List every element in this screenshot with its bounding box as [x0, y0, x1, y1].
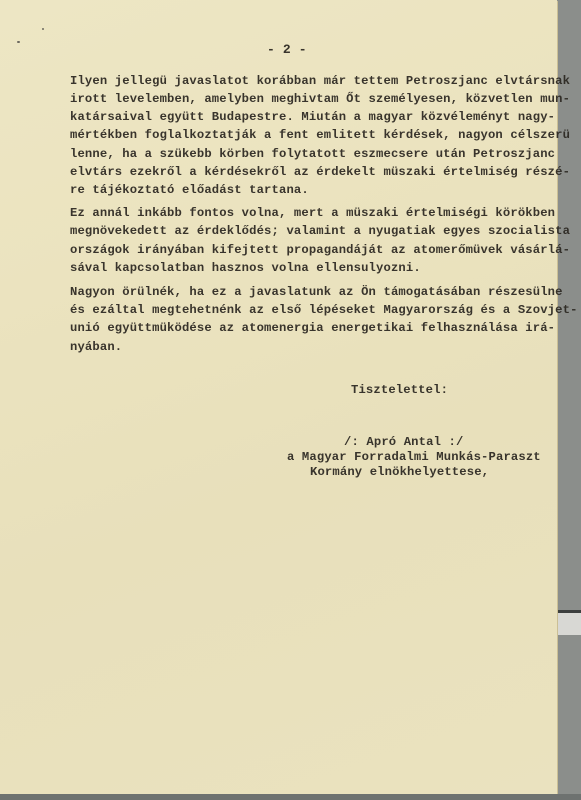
- text-line: országok irányában kifejtett propagandáj…: [70, 243, 570, 257]
- text-line: Nagyon örülnék, ha ez a javaslatunk az Ö…: [70, 285, 563, 299]
- text-line: unió együttmüködése az atomenergia energ…: [70, 321, 555, 335]
- text-line: mértékben foglalkoztatják a fent emlitet…: [70, 128, 570, 142]
- text-line: katársaival együtt Budapestre. Miután a …: [70, 110, 555, 124]
- signatory-title: Kormány elnökhelyettese,: [310, 465, 489, 479]
- scanner-background-strip: [558, 610, 581, 635]
- signatory-title: a Magyar Forradalmi Munkás-Paraszt: [287, 450, 541, 464]
- text-line: Ez annál inkább fontos volna, mert a müs…: [70, 206, 555, 220]
- text-line: re tájékoztató előadást tartana.: [70, 183, 309, 197]
- text-line: és ezáltal megtehetnénk az első lépéseke…: [70, 303, 578, 317]
- page-number: - 2 -: [267, 42, 307, 57]
- text-line: nyában.: [70, 340, 122, 354]
- text-line: sával kapcsolatban hasznos volna ellensu…: [70, 261, 421, 275]
- text-line: elvtárs ezekről a kérdésekről az érdekel…: [70, 165, 570, 179]
- paper-speck: [42, 28, 44, 30]
- signatory-name: /: Apró Antal :/: [344, 435, 463, 449]
- document-page: - 2 - Ilyen jellegü javaslatot korábban …: [0, 0, 557, 794]
- text-line: Ilyen jellegü javaslatot korábban már te…: [70, 74, 570, 88]
- text-line: irott levelemben, amelyben meghivtam Őt …: [70, 92, 570, 106]
- paper-speck: [17, 41, 20, 43]
- text-line: lenne, ha a szükebb körben folytatott es…: [70, 147, 555, 161]
- closing-salutation: Tisztelettel:: [351, 383, 448, 397]
- text-line: megnövekedett az érdeklődés; valamint a …: [70, 224, 570, 238]
- scanner-bottom-edge: [0, 794, 581, 800]
